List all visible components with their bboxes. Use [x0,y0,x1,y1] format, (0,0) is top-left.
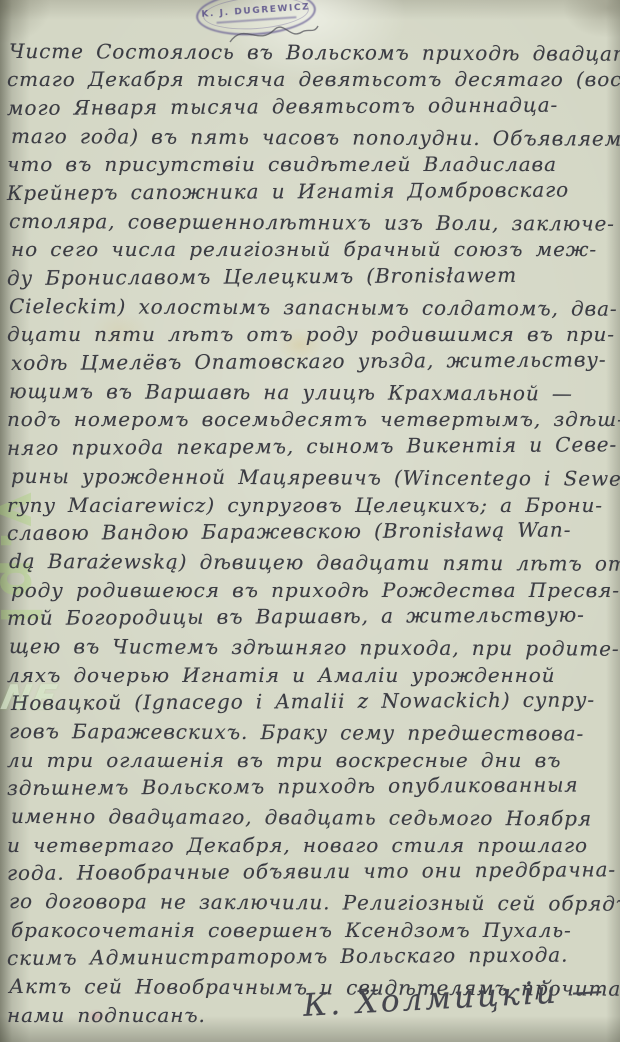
handwriting-line: мого Января тысяча девятьсотъ одиннадца- [7,90,611,122]
handwritten-record: Чисте Состоялось въ Вольскомъ приходѣ дв… [7,37,611,1029]
handwriting-line: здѣшнемъ Вольскомъ приходѣ опубликованны… [7,770,611,802]
handwriting-line: но сего числа религіозный брачный союзъ … [11,235,611,263]
document-photo: K. J. DUGREWICZ y.pl NE Чисте Состоялось… [0,0,620,1042]
handwriting-line: ryny Maciarewicz) супруговъ Целецкихъ; а… [7,491,611,519]
handwriting-line: няго прихода пекаремъ, сыномъ Викентія и… [7,430,611,462]
handwriting-line: и четвертаго Декабря, новаго стиля прошл… [7,831,611,859]
handwriting-line: ходѣ Цмелёвъ Опатовскаго уѣзда, жительст… [11,345,611,377]
handwriting-line: Чисте Состоялось въ Вольскомъ приходѣ дв… [9,37,611,68]
handwriting-line: скимъ Администраторомъ Вольскаго прихода… [7,940,611,972]
handwriting-line: дцати пяти лѣтъ отъ роду родившимся въ п… [7,320,611,348]
handwriting-line: Новацкой (Ignacego i Amalii z Nowackich)… [11,685,611,717]
handwriting-line: подъ номеромъ восемьдесятъ четвертымъ, з… [7,405,611,433]
handwriting-line: что въ присутствіи свидѣтелей Владислава [7,150,611,178]
handwriting-line: говъ Баражевскихъ. Браку сему предшество… [9,717,611,748]
handwriting-line: роду родившеюся въ приходѣ Рождества Пре… [11,576,611,604]
handwriting-line: Cieleckim) холостымъ запаснымъ солдатомъ… [9,292,611,323]
handwriting-line: ду Брониславомъ Целецкимъ (Bronisławem [7,260,611,292]
handwriting-line: щею въ Чистемъ здѣшняго прихода, при род… [9,632,611,663]
handwriting-line: го договора не заключили. Религіозный се… [9,887,611,918]
handwriting-line: таго года) въ пять часовъ пополудни. Объ… [11,122,611,153]
handwriting-line: ющимъ въ Варшавѣ на улицѣ Крахмальной — [9,377,611,408]
handwriting-line: славою Вандою Баражевскою (Bronisławą Wa… [7,515,611,547]
handwriting-line: той Богородицы въ Варшавѣ, а жительствую… [7,600,611,632]
handwriting-line: Крейнеръ сапожника и Игнатія Домбровскаг… [7,175,611,207]
handwriting-line: ляхъ дочерью Игнатія и Амаліи урожденной [7,661,611,689]
handwriting-line: dą Barażewską) дѣвицею двадцати пяти лѣт… [9,547,611,578]
handwriting-line: бракосочетанія совершенъ Ксендзомъ Пухал… [11,916,611,944]
handwriting-line: года. Новобрачные объявили что они предб… [7,855,611,887]
handwriting-line: столяра, совершеннолѣтнихъ изъ Воли, зак… [9,207,611,238]
handwriting-line: ли три оглашенія въ три воскресные дни в… [7,746,611,774]
handwriting-line: именно двадцатаго, двадцать седьмого Ноя… [11,802,611,833]
handwriting-line: рины урожденной Мацяревичъ (Wincentego i… [11,462,611,493]
handwriting-line: стаго Декабря тысяча девятьсотъ десятаго… [7,65,611,93]
